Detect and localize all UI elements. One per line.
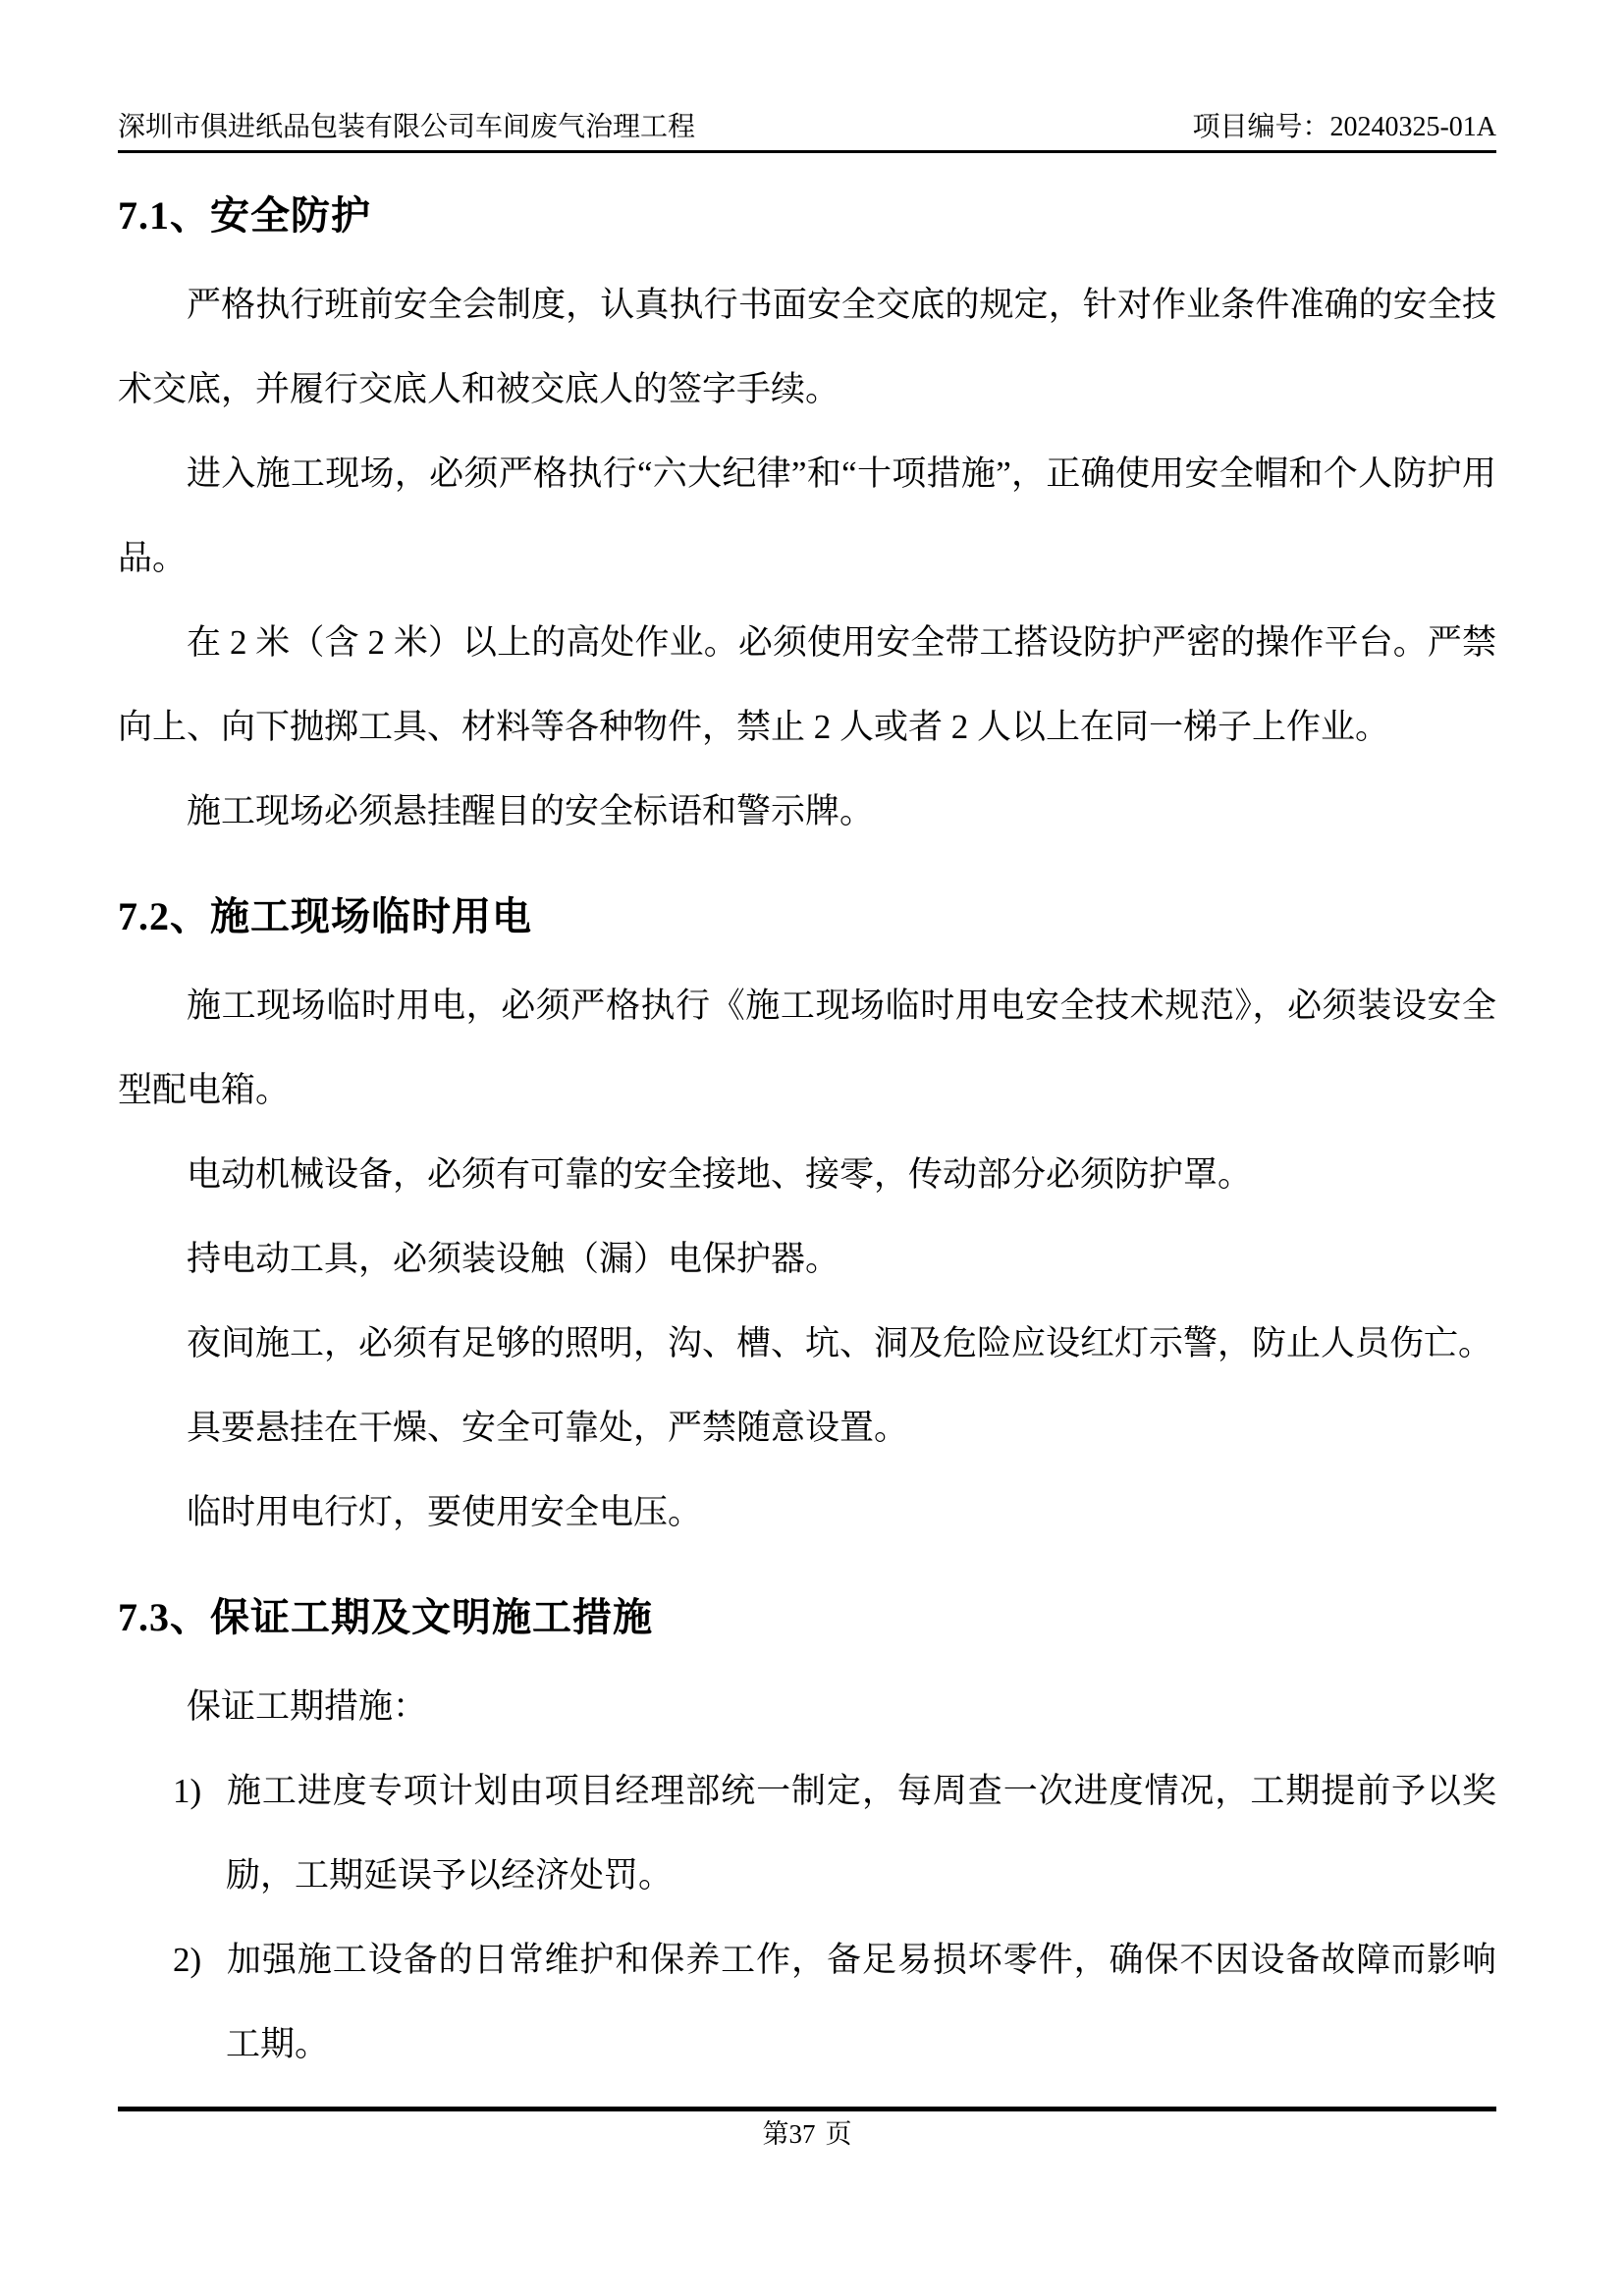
section-heading-7-2-temporary-electricity: 7.2、施工现场临时用电 <box>118 889 1496 944</box>
page-header: 深圳市俱进纸品包装有限公司车间废气治理工程 项目编号：20240325-01A <box>118 0 1496 153</box>
list-item-marker: 1) <box>173 1749 226 1834</box>
list-item-text: 加强施工设备的日常维护和保养工作，备足易损坏零件，确保不因设备故障而影响工期。 <box>226 1941 1496 2063</box>
paragraph-night-work-lighting: 夜间施工，必须有足够的照明，沟、槽、坑、洞及危险应设红灯示警，防止人员伤亡。 <box>118 1302 1496 1386</box>
paragraph-work-at-height: 在 2 米（含 2 米）以上的高处作业。必须使用安全带工搭设防护严密的操作平台。… <box>118 601 1496 770</box>
list-item-text: 施工进度专项计划由项目经理部统一制定，每周查一次进度情况，工期提前予以奖励，工期… <box>226 1772 1496 1895</box>
paragraph-safe-voltage-lamps: 临时用电行灯，要使用安全电压。 <box>118 1470 1496 1555</box>
section-heading-7-3-schedule-civilized-construction: 7.3、保证工期及文明施工措施 <box>118 1590 1496 1645</box>
page-number-prefix: 第 <box>763 2119 789 2149</box>
paragraph-safety-signs: 施工现场必须悬挂醒目的安全标语和警示牌。 <box>118 770 1496 854</box>
document-page: 深圳市俱进纸品包装有限公司车间废气治理工程 项目编号：20240325-01A … <box>0 0 1624 2296</box>
header-project-title: 深圳市俱进纸品包装有限公司车间废气治理工程 <box>118 110 695 145</box>
list-item-schedule-plan: 1)施工进度专项计划由项目经理部统一制定，每周查一次进度情况，工期提前予以奖励，… <box>173 1749 1496 1918</box>
document-body: 7.1、安全防护 严格执行班前安全会制度，认真执行书面安全交底的规定，针对作业条… <box>118 188 1496 2087</box>
list-item-marker: 2) <box>173 1918 226 2002</box>
paragraph-temporary-power-code: 施工现场临时用电，必须严格执行《施工现场临时用电安全技术规范》，必须装设安全型配… <box>118 964 1496 1133</box>
header-project-number: 项目编号：20240325-01A <box>1192 110 1496 145</box>
paragraph-schedule-measures-lead: 保证工期措施： <box>118 1665 1496 1749</box>
paragraph-electric-machinery-grounding: 电动机械设备，必须有可靠的安全接地、接零，传动部分必须防护罩。 <box>118 1133 1496 1217</box>
section-heading-7-1-safety-protection: 7.1、安全防护 <box>118 188 1496 243</box>
page-number: 37 <box>789 2119 816 2149</box>
paragraph-power-tools-breaker: 持电动工具，必须装设触（漏）电保护器。 <box>118 1217 1496 1302</box>
page-number-suffix: 页 <box>826 2119 852 2149</box>
paragraph-site-entry-rules: 进入施工现场，必须严格执行“六大纪律”和“十项措施”，正确使用安全帽和个人防护用… <box>118 432 1496 601</box>
page-footer: 第37页 <box>118 2107 1496 2151</box>
paragraph-safety-briefing: 严格执行班前安全会制度，认真执行书面安全交底的规定，针对作业条件准确的安全技术交… <box>118 263 1496 432</box>
paragraph-equipment-placement: 具要悬挂在干燥、安全可靠处，严禁随意设置。 <box>118 1386 1496 1470</box>
list-item-equipment-maintenance: 2)加强施工设备的日常维护和保养工作，备足易损坏零件，确保不因设备故障而影响工期… <box>173 1918 1496 2087</box>
